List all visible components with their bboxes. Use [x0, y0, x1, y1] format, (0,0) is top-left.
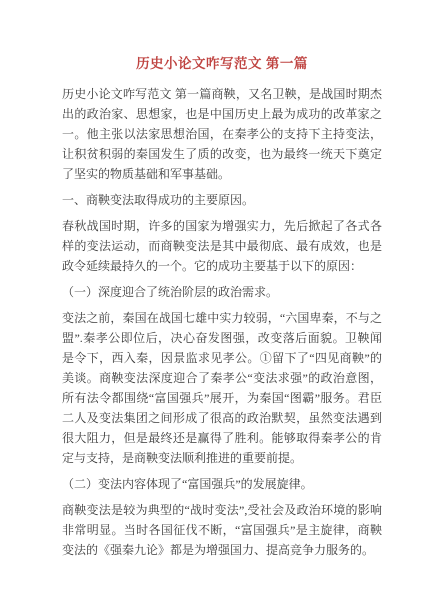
paragraph-intro: 历史小论文咋写范文 第一篇商鞅，又名卫鞅，是战国时期杰出的政治家、思想家，也是中… — [62, 84, 382, 184]
paragraph-subheading-2: （二）变法内容体现了“富国强兵”的发展旋律。 — [62, 474, 382, 494]
paragraph-body-3: 商鞅变法是较为典型的“战时变法”,受社会及政治环境的影响非常明显。当时各国征伐不… — [62, 500, 382, 560]
paragraph-body-1: 春秋战国时期，许多的国家为增强实力，先后掀起了各式各样的变法运动，而商鞅变法是其… — [62, 216, 382, 276]
paragraph-section-heading-1: 一、商鞅变法取得成功的主要原因。 — [62, 190, 382, 210]
paragraph-subheading-1: （一）深度迎合了统治阶层的政治需求。 — [62, 282, 382, 302]
paragraph-body-2: 变法之前，秦国在战国七雄中实力较弱，“六国卑秦，不与之盟”.秦孝公即位后，决心奋… — [62, 308, 382, 468]
document-body: 历史小论文咋写范文 第一篇商鞅，又名卫鞅，是战国时期杰出的政治家、思想家，也是中… — [62, 84, 382, 560]
document-page: 历史小论文咋写范文 第一篇 历史小论文咋写范文 第一篇商鞅，又名卫鞅，是战国时期… — [0, 0, 424, 600]
document-title: 历史小论文咋写范文 第一篇 — [62, 55, 382, 72]
